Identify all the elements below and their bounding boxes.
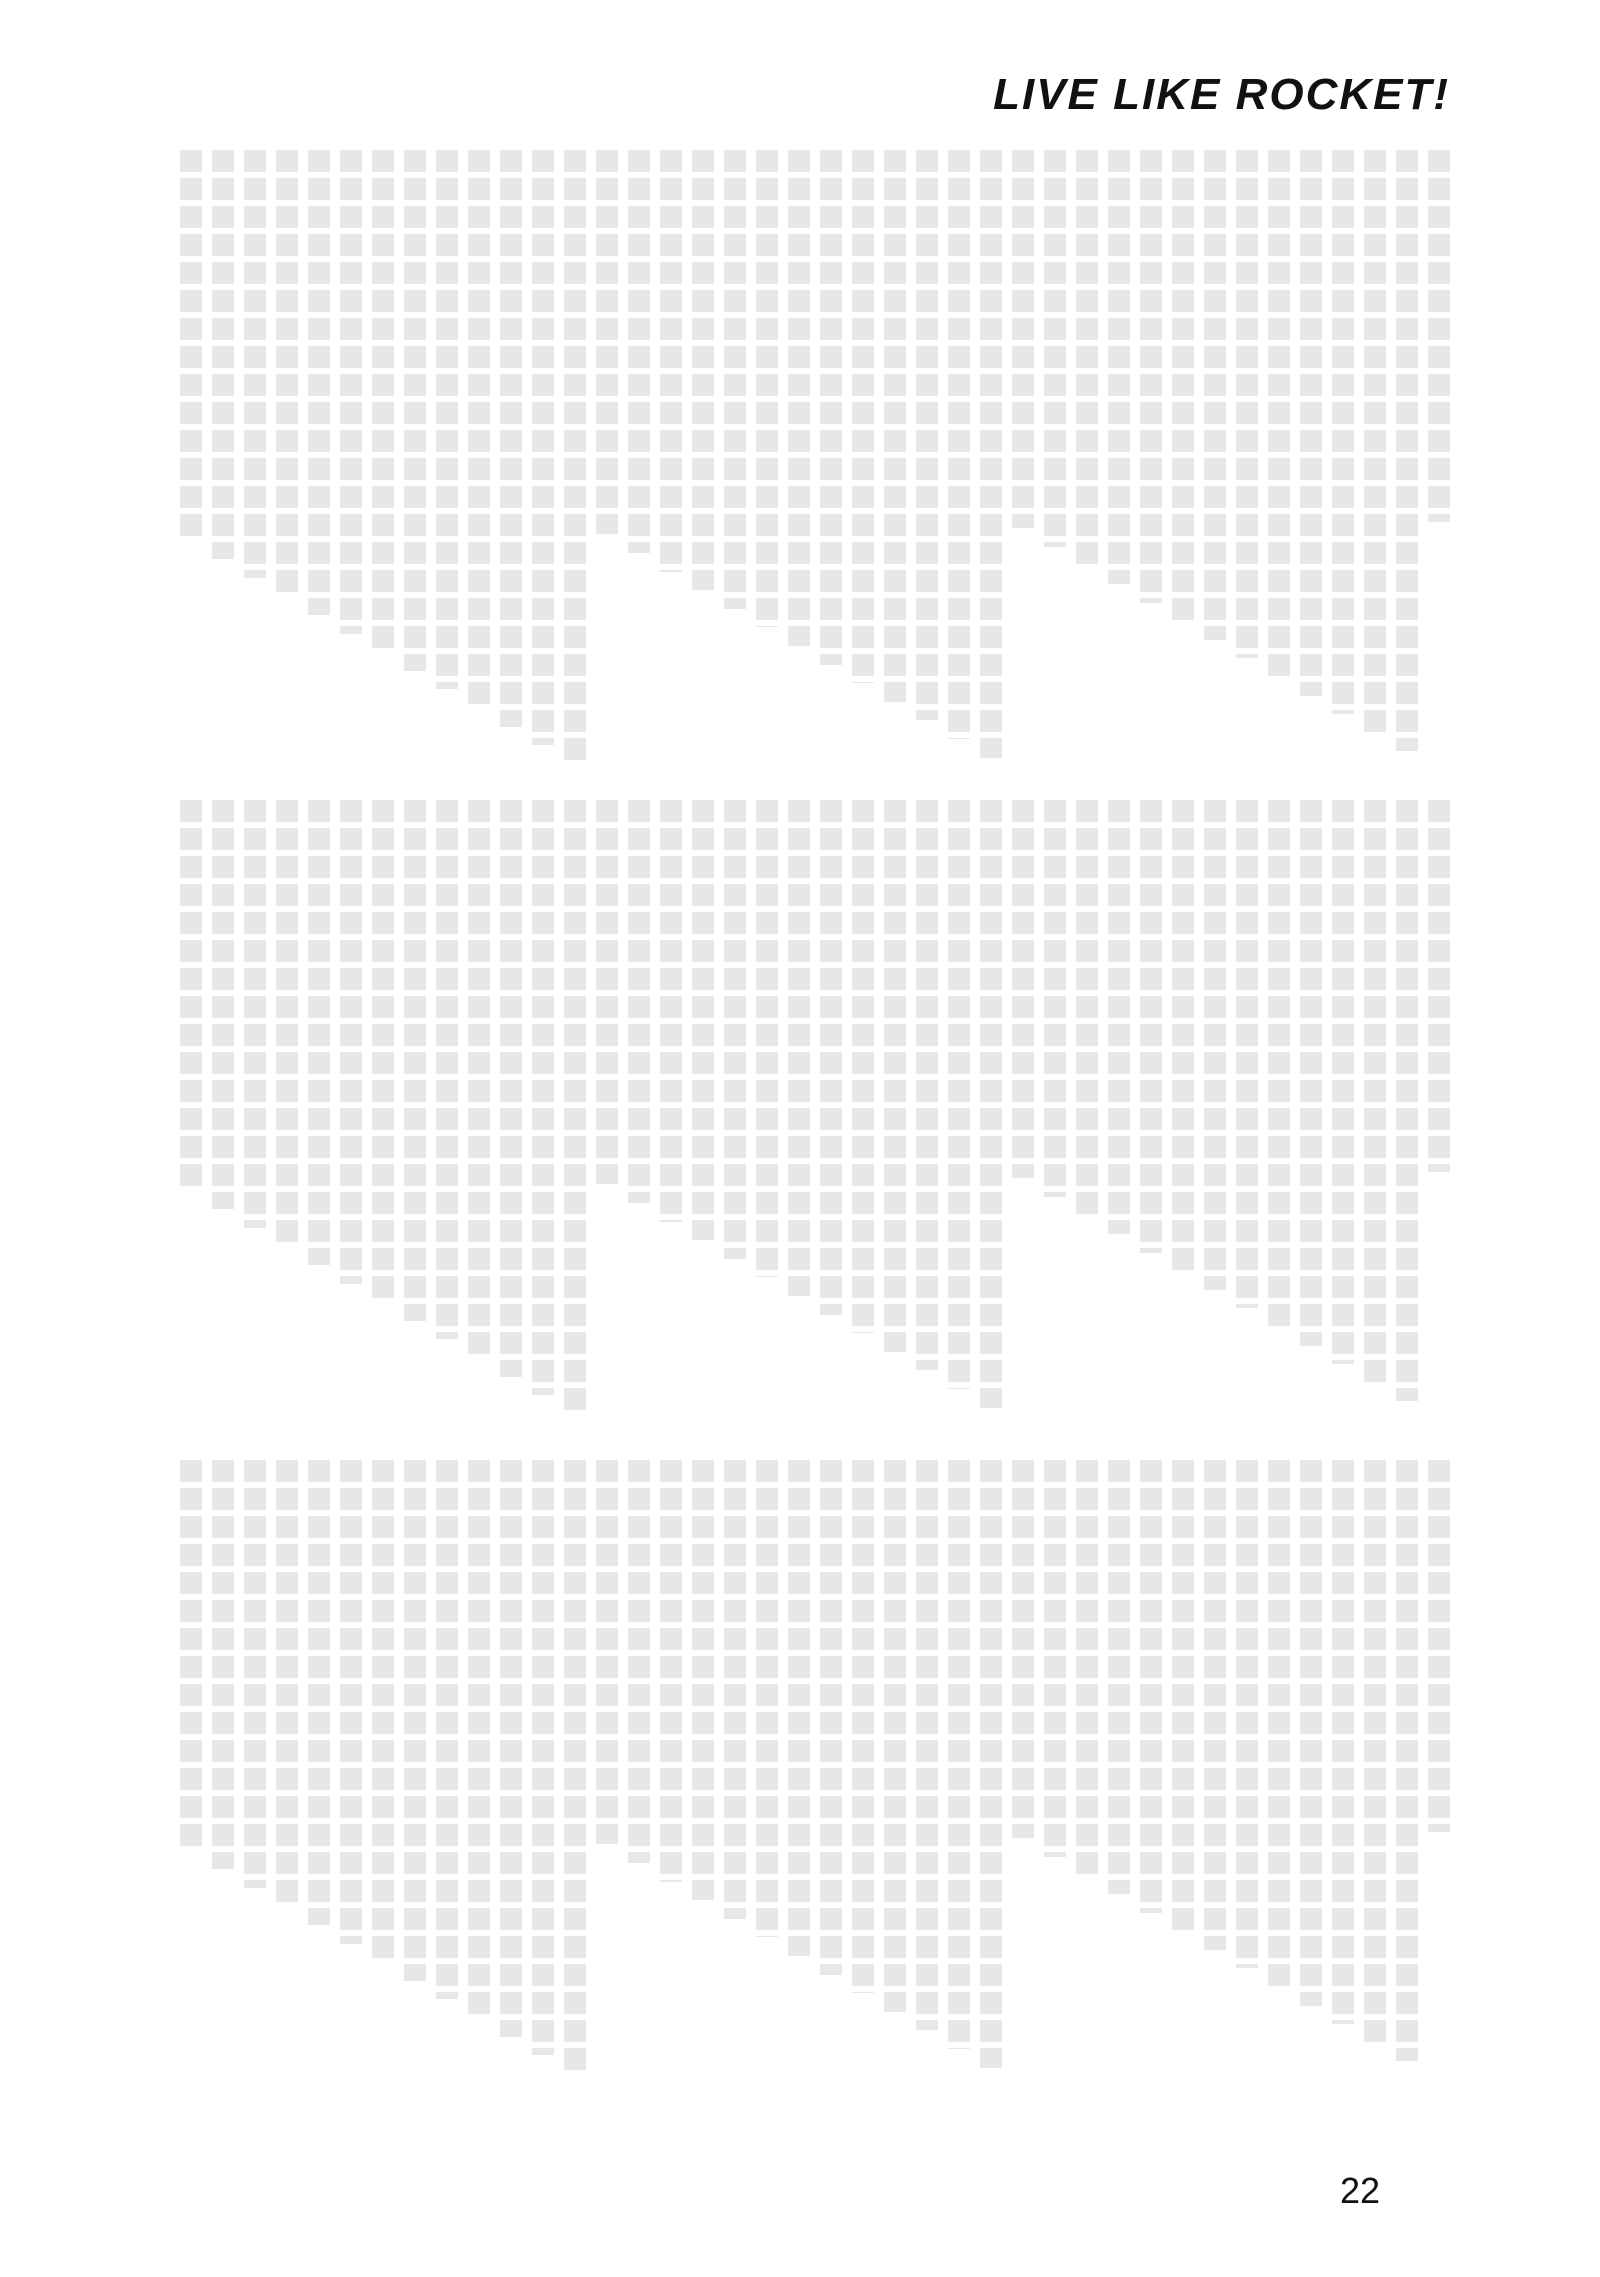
text-column-placeholder <box>308 150 330 615</box>
text-column-placeholder <box>980 1460 1002 2068</box>
text-column-placeholder <box>788 800 810 1296</box>
text-column-placeholder <box>500 800 522 1377</box>
text-column-placeholder <box>436 1460 458 1999</box>
text-column-placeholder <box>372 150 394 652</box>
text-column-placeholder <box>1268 800 1290 1327</box>
text-column-placeholder <box>468 1460 490 2018</box>
page-number: 22 <box>1340 2170 1380 2212</box>
text-column-placeholder <box>884 800 906 1352</box>
text-column-placeholder <box>276 150 298 596</box>
text-column-placeholder <box>500 150 522 727</box>
text-column-placeholder <box>1172 150 1194 621</box>
text-column-placeholder <box>1332 800 1354 1364</box>
text-column-placeholder <box>820 800 842 1315</box>
text-column-placeholder <box>340 150 362 634</box>
text-column-placeholder <box>212 800 234 1209</box>
text-column-placeholder <box>948 1460 970 2049</box>
text-column-placeholder <box>628 150 650 553</box>
text-column-placeholder <box>1076 150 1098 565</box>
text-column-placeholder <box>1204 1460 1226 1950</box>
text-column-placeholder <box>1300 1460 1322 2006</box>
text-column-placeholder <box>340 800 362 1284</box>
text-column-placeholder <box>1364 150 1386 733</box>
text-column-placeholder <box>1140 150 1162 603</box>
text-column-placeholder <box>468 800 490 1358</box>
text-column-placeholder <box>372 800 394 1302</box>
text-column-placeholder <box>756 1460 778 1937</box>
text-column-placeholder <box>1076 800 1098 1215</box>
text-column-placeholder <box>180 150 202 541</box>
text-column-placeholder <box>852 150 874 683</box>
text-column-placeholder <box>244 800 266 1228</box>
text-column-placeholder <box>1012 800 1034 1178</box>
text-column-placeholder <box>1236 150 1258 658</box>
text-column-placeholder <box>1236 1460 1258 1968</box>
text-column-placeholder <box>436 150 458 689</box>
text-column-placeholder <box>1364 800 1386 1383</box>
text-column-placeholder <box>948 150 970 739</box>
text-column-placeholder <box>1364 1460 1386 2043</box>
text-column-placeholder <box>1332 150 1354 714</box>
text-column-placeholder <box>628 1460 650 1863</box>
text-column-placeholder <box>788 1460 810 1956</box>
running-header-title: LIVE LIKE ROCKET! <box>993 70 1450 120</box>
text-column-placeholder <box>1204 800 1226 1290</box>
text-column-placeholder <box>1396 1460 1418 2061</box>
text-column-placeholder <box>532 1460 554 2055</box>
text-column-placeholder <box>500 1460 522 2037</box>
text-column-placeholder <box>724 800 746 1259</box>
text-tier-top <box>160 150 1450 770</box>
text-column-placeholder <box>1428 1460 1450 1832</box>
text-column-placeholder <box>820 1460 842 1975</box>
text-column-placeholder <box>1332 1460 1354 2024</box>
text-column-placeholder <box>340 1460 362 1944</box>
text-column-placeholder <box>916 800 938 1370</box>
text-column-placeholder <box>1140 800 1162 1253</box>
text-column-placeholder <box>1172 1460 1194 1931</box>
text-column-placeholder <box>756 800 778 1277</box>
text-column-placeholder <box>628 800 650 1203</box>
text-column-placeholder <box>692 150 714 590</box>
text-column-placeholder <box>1108 150 1130 584</box>
text-column-placeholder <box>212 1460 234 1869</box>
text-column-placeholder <box>564 1460 586 2074</box>
text-column-placeholder <box>1108 800 1130 1234</box>
text-column-placeholder <box>532 800 554 1395</box>
text-column-placeholder <box>596 800 618 1184</box>
text-column-placeholder <box>756 150 778 627</box>
text-column-placeholder <box>1428 800 1450 1172</box>
text-column-placeholder <box>820 150 842 665</box>
text-column-placeholder <box>1300 150 1322 696</box>
text-column-placeholder <box>980 150 1002 758</box>
text-column-placeholder <box>180 800 202 1191</box>
text-column-placeholder <box>596 150 618 534</box>
text-tier-bottom <box>160 1460 1450 2080</box>
text-column-placeholder <box>692 1460 714 1900</box>
text-column-placeholder <box>660 800 682 1222</box>
text-column-placeholder <box>468 150 490 708</box>
text-tier-middle <box>160 800 1450 1420</box>
text-column-placeholder <box>1076 1460 1098 1875</box>
text-column-placeholder <box>212 150 234 559</box>
text-column-placeholder <box>372 1460 394 1962</box>
text-column-placeholder <box>404 800 426 1321</box>
text-column-placeholder <box>308 1460 330 1925</box>
text-column-placeholder <box>980 800 1002 1408</box>
text-column-placeholder <box>404 150 426 671</box>
text-column-placeholder <box>244 1460 266 1888</box>
text-column-placeholder <box>1396 800 1418 1401</box>
text-column-placeholder <box>1140 1460 1162 1913</box>
text-column-placeholder <box>1172 800 1194 1271</box>
text-column-placeholder <box>660 1460 682 1882</box>
text-column-placeholder <box>788 150 810 646</box>
text-column-placeholder <box>916 1460 938 2030</box>
text-column-placeholder <box>1012 1460 1034 1838</box>
text-column-placeholder <box>1044 800 1066 1197</box>
text-column-placeholder <box>884 150 906 702</box>
text-column-placeholder <box>916 150 938 720</box>
text-column-placeholder <box>276 800 298 1246</box>
text-column-placeholder <box>660 150 682 572</box>
text-column-placeholder <box>244 150 266 578</box>
text-column-placeholder <box>1204 150 1226 640</box>
text-column-placeholder <box>1396 150 1418 751</box>
text-column-placeholder <box>532 150 554 745</box>
text-column-placeholder <box>1012 150 1034 528</box>
text-column-placeholder <box>692 800 714 1240</box>
text-column-placeholder <box>1268 1460 1290 1987</box>
text-column-placeholder <box>1300 800 1322 1346</box>
text-column-placeholder <box>852 1460 874 1993</box>
text-column-placeholder <box>276 1460 298 1906</box>
text-column-placeholder <box>948 800 970 1389</box>
text-column-placeholder <box>564 800 586 1414</box>
text-column-placeholder <box>564 150 586 764</box>
text-column-placeholder <box>1044 1460 1066 1857</box>
text-column-placeholder <box>436 800 458 1339</box>
text-column-placeholder <box>180 1460 202 1851</box>
text-column-placeholder <box>1236 800 1258 1308</box>
text-column-placeholder <box>852 800 874 1333</box>
text-column-placeholder <box>308 800 330 1265</box>
text-column-placeholder <box>724 1460 746 1919</box>
text-column-placeholder <box>1108 1460 1130 1894</box>
text-column-placeholder <box>1044 150 1066 547</box>
text-column-placeholder <box>724 150 746 609</box>
text-column-placeholder <box>1268 150 1290 677</box>
text-column-placeholder <box>596 1460 618 1844</box>
text-column-placeholder <box>404 1460 426 1981</box>
text-column-placeholder <box>1428 150 1450 522</box>
text-column-placeholder <box>884 1460 906 2012</box>
